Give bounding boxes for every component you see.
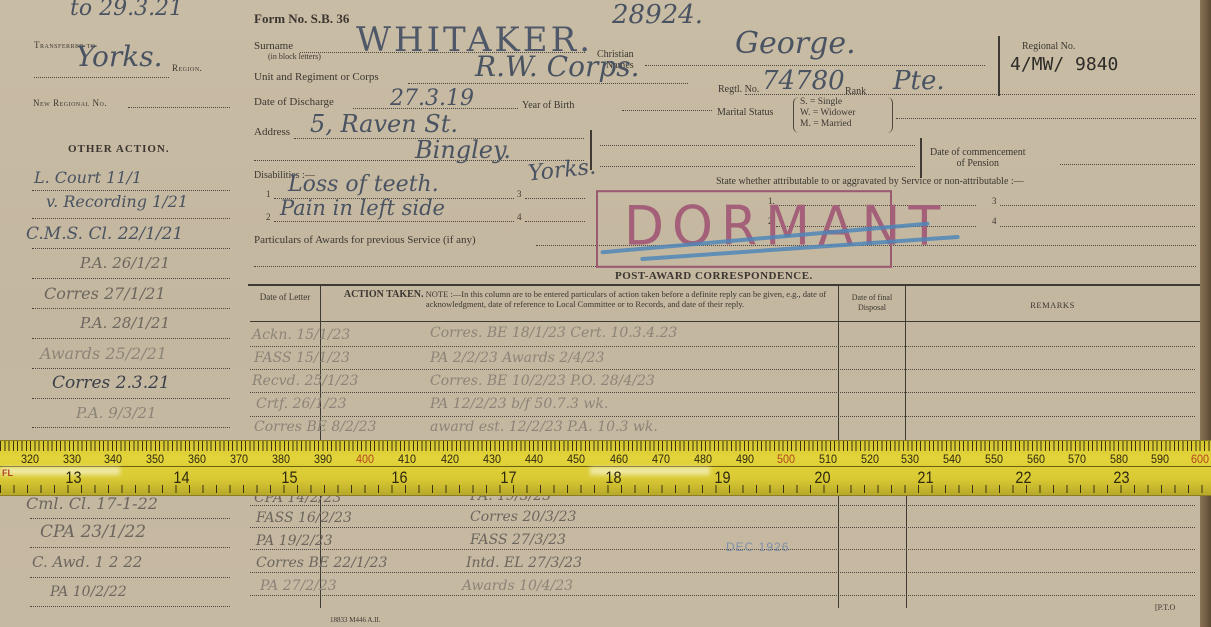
rule (32, 368, 230, 369)
attributable-line-3 (1000, 205, 1195, 206)
tape-cm-mark: 430 (483, 452, 501, 466)
marital-option-married: M. = Married (800, 119, 892, 130)
tape-cm-mark: 320 (21, 452, 39, 466)
row-action: Corres. BE 18/1/23 Cert. 10.3.4.23 (430, 325, 677, 341)
disability-line-3 (525, 198, 585, 199)
col-divider (838, 496, 839, 608)
marital-status-line (896, 118, 1196, 119)
row-action: PA 12/2/23 b/f 50.7.3 wk. (430, 396, 608, 412)
address-right-line-1 (600, 145, 915, 146)
rule (30, 547, 230, 548)
other-action-entry: C.M.S. Cl. 22/1/21 (26, 224, 183, 244)
marital-options: S. = Single W. = Widower M. = Married (793, 97, 893, 133)
row-action: FASS 27/3/23 (470, 532, 566, 548)
new-regional-no-label: New Regional No. (33, 98, 107, 108)
date-stamp: DEC 1926 (726, 540, 789, 554)
divider (920, 138, 922, 178)
col-divider (838, 286, 839, 441)
rule (32, 218, 230, 219)
other-action-entry: P.A. 26/1/21 (80, 254, 170, 272)
rule (32, 278, 230, 279)
tape-inch-mark: 13 (65, 468, 81, 488)
tape-cm-mark: 470 (652, 452, 670, 466)
region-line (34, 77, 169, 78)
date-commencement-label: Date of commencement of Pension (930, 147, 1026, 169)
year-of-birth-line (622, 110, 712, 111)
tape-inch-mark: 22 (1015, 468, 1031, 488)
disability-value-1: Loss of teeth. (288, 172, 439, 197)
row-rule (250, 346, 1195, 347)
transferred-to-value: Yorks. (76, 40, 163, 73)
other-action-entry: v. Recording 1/21 (46, 192, 188, 211)
attributable-line-4 (1000, 226, 1195, 227)
tape-cm-mark: 480 (694, 452, 712, 466)
row-rule (250, 369, 1195, 370)
row-date: FASS 15/1/23 (254, 350, 350, 366)
tape-inch-mark: 18 (605, 468, 621, 488)
unit-line (408, 83, 688, 84)
rule (32, 398, 230, 399)
regtl-line (745, 94, 1195, 95)
date-of-discharge-label: Date of Discharge (254, 96, 334, 108)
tape-cm-mark: 550 (985, 452, 1003, 466)
pto-note: [P.T.O (1155, 603, 1175, 612)
other-action-entry: CPA 23/1/22 (40, 522, 146, 542)
pension-record-card: to 29.3.21 Transferred to Yorks. Region.… (0, 0, 1200, 627)
address-label: Address (254, 126, 290, 138)
row-action: Corres. BE 10/2/23 P.O. 28/4/23 (430, 373, 655, 389)
regional-no-value: 4/MW/ 9840 (1010, 54, 1118, 75)
correspondence-heading: POST-AWARD CORRESPONDENCE. (615, 270, 813, 282)
row-rule (250, 505, 1195, 506)
disability-num: 4 (517, 212, 522, 222)
table-top-rule (248, 284, 1200, 286)
tape-cm-mark: 450 (567, 452, 585, 466)
tape-glare (0, 467, 120, 475)
row-action: Awards 10/4/23 (462, 578, 573, 594)
tape-cm-mark: 510 (819, 452, 837, 466)
other-action-entry: L. Court 11/1 (34, 168, 142, 187)
tape-cm-mark: 570 (1068, 452, 1086, 466)
tape-ticks-top (0, 441, 1211, 451)
row-date: Ackn. 15/1/23 (252, 327, 350, 343)
row-rule (250, 416, 1195, 417)
rule (30, 606, 230, 607)
disability-num: 2 (266, 212, 271, 222)
row-date: FASS 16/2/23 (256, 510, 352, 526)
tape-inch-mark: 16 (391, 468, 407, 488)
rule (32, 338, 230, 339)
surname-sublabel: (in block letters) (268, 52, 321, 61)
rule (32, 427, 230, 428)
other-action-entry: P.A. 28/1/21 (80, 314, 170, 332)
tape-cm-mark: 590 (1151, 452, 1169, 466)
year-of-birth-label: Year of Birth (522, 100, 574, 111)
disability-num: 3 (517, 189, 522, 199)
marital-option-single: S. = Single (800, 97, 892, 108)
commencement-label-1: Date of commencement (930, 147, 1026, 158)
tape-cm-mark: 540 (943, 452, 961, 466)
disability-line-4 (525, 221, 585, 222)
row-date: Corres BE 22/1/23 (256, 555, 387, 571)
surname-label: Surname (254, 40, 293, 52)
tape-cm-mark: 500 (777, 452, 795, 466)
other-action-entry: Awards 25/2/21 (40, 344, 167, 363)
row-rule (250, 595, 1195, 596)
tape-cm-mark: 460 (610, 452, 628, 466)
tape-cm-mark: 420 (441, 452, 459, 466)
unit-value: R.W. Corps. (475, 50, 640, 83)
col-remarks: REMARKS (910, 300, 1195, 310)
regtl-no-value: 74780 (762, 66, 845, 96)
row-date: PA 19/2/23 (256, 533, 333, 549)
tape-cm-mark: 340 (104, 452, 122, 466)
rule (30, 518, 230, 519)
tape-cm-mark: 560 (1027, 452, 1045, 466)
tape-label: FL (2, 468, 13, 478)
address-value-2: Bingley. (415, 136, 511, 164)
tape-cm-mark: 380 (272, 452, 290, 466)
attributable-num: 3 (992, 196, 997, 206)
tape-cm-mark: 400 (356, 452, 374, 466)
tape-cm-mark: 600 (1191, 452, 1209, 466)
tape-cm-mark: 350 (146, 452, 164, 466)
rank-value: Pte. (893, 66, 945, 96)
marital-option-widower: W. = Widower (800, 108, 892, 119)
date-of-discharge-value: 27.3.19 (390, 86, 474, 111)
divider (998, 36, 1000, 96)
print-code: 18833 M446 A.II. (330, 616, 381, 624)
row-date: PA 27/2/23 (260, 578, 337, 594)
other-action-entry: Corres 27/1/21 (44, 284, 166, 303)
row-action: award est. 12/2/23 P.A. 10.3 wk. (430, 419, 658, 435)
other-action-entry: C. Awd. 1 2 22 (32, 553, 142, 571)
row-date: Crtf. 26/1/23 (256, 396, 347, 412)
other-action-entry: P.A. 9/3/21 (76, 404, 156, 422)
row-action: Intd. EL 27/3/23 (466, 555, 582, 571)
row-date: Corres BE 8/2/23 (254, 419, 376, 435)
tape-inch-mark: 14 (173, 468, 189, 488)
row-rule (250, 572, 1195, 573)
header-bottom-rule (250, 321, 1200, 322)
regional-no-label: Regional No. (1022, 41, 1075, 52)
col-divider (905, 286, 906, 441)
disability-value-2: Pain in left side (280, 196, 445, 220)
row-rule (250, 549, 1195, 550)
rule (32, 190, 230, 191)
divider (590, 130, 592, 170)
tape-inch-mark: 17 (500, 468, 516, 488)
tape-inch-mark: 23 (1113, 468, 1129, 488)
address-value-1: 5, Raven St. (310, 110, 458, 138)
col-final-disposal: Date of final Disposal (842, 293, 902, 313)
file-number: 28924. (612, 0, 703, 30)
address-right-line-2 (600, 166, 915, 167)
row-action: PA 2/2/23 Awards 2/4/23 (430, 350, 604, 366)
region-label: Region. (172, 63, 202, 73)
tape-cm-mark: 330 (63, 452, 81, 466)
top-note: to 29.3.21 (70, 0, 183, 21)
row-date: Recvd. 25/1/23 (252, 373, 358, 389)
new-regional-no-line (128, 107, 230, 108)
tape-cm-mark: 410 (398, 452, 416, 466)
tape-inch-mark: 21 (917, 468, 933, 488)
form-number: Form No. S.B. 36 (254, 11, 349, 27)
tape-cm-mark: 360 (188, 452, 206, 466)
tape-cm-mark: 530 (901, 452, 919, 466)
tape-inch-mark: 19 (714, 468, 730, 488)
row-action: Corres 20/3/23 (470, 509, 576, 525)
attributable-label: State whether attributable to or aggrava… (716, 176, 1024, 187)
col-action-taken: ACTION TAKEN. NOTE :—In this column are … (340, 290, 830, 309)
disability-num: 1 (266, 189, 271, 199)
date-commencement-line (1060, 164, 1195, 165)
previous-awards-label: Particulars of Awards for previous Servi… (254, 234, 476, 246)
rule (32, 308, 230, 309)
tape-cm-mark: 490 (736, 452, 754, 466)
tape-cm-mark: 440 (525, 452, 543, 466)
rule (30, 577, 230, 578)
disability-line-2 (274, 221, 514, 222)
action-taken-note: NOTE :—In this column are to be entered … (426, 289, 827, 309)
other-action-entry: Cml. Cl. 17-1-22 (26, 494, 158, 513)
christian-names-value: George. (735, 26, 856, 61)
other-action-entry: PA 10/2/22 (50, 584, 127, 600)
tape-inch-mark: 15 (281, 468, 297, 488)
other-action-entry: Corres 2.3.21 (52, 373, 170, 393)
tape-cm-mark: 370 (230, 452, 248, 466)
rank-label: Rank (845, 86, 866, 97)
rule (32, 248, 230, 249)
unit-label: Unit and Regiment or Corps (254, 71, 379, 83)
col-date-of-letter: Date of Letter (255, 292, 315, 302)
col-divider (906, 496, 907, 608)
row-rule (250, 527, 1195, 528)
other-action-heading: OTHER ACTION. (68, 143, 170, 155)
tape-cm-mark: 580 (1110, 452, 1128, 466)
tape-inch-mark: 20 (814, 468, 830, 488)
commencement-label-2: of Pension (957, 158, 1000, 169)
tape-cm-mark: 390 (314, 452, 332, 466)
marital-status-label: Marital Status (717, 107, 773, 118)
card-edge (1200, 0, 1211, 627)
action-taken-title: ACTION TAKEN. (344, 289, 424, 300)
attributable-num: 4 (992, 216, 997, 226)
tape-cm-mark: 520 (861, 452, 879, 466)
tape-measure: FL 320 330 340 350 360 370 380 390 400 4… (0, 440, 1211, 496)
row-rule (250, 392, 1195, 393)
